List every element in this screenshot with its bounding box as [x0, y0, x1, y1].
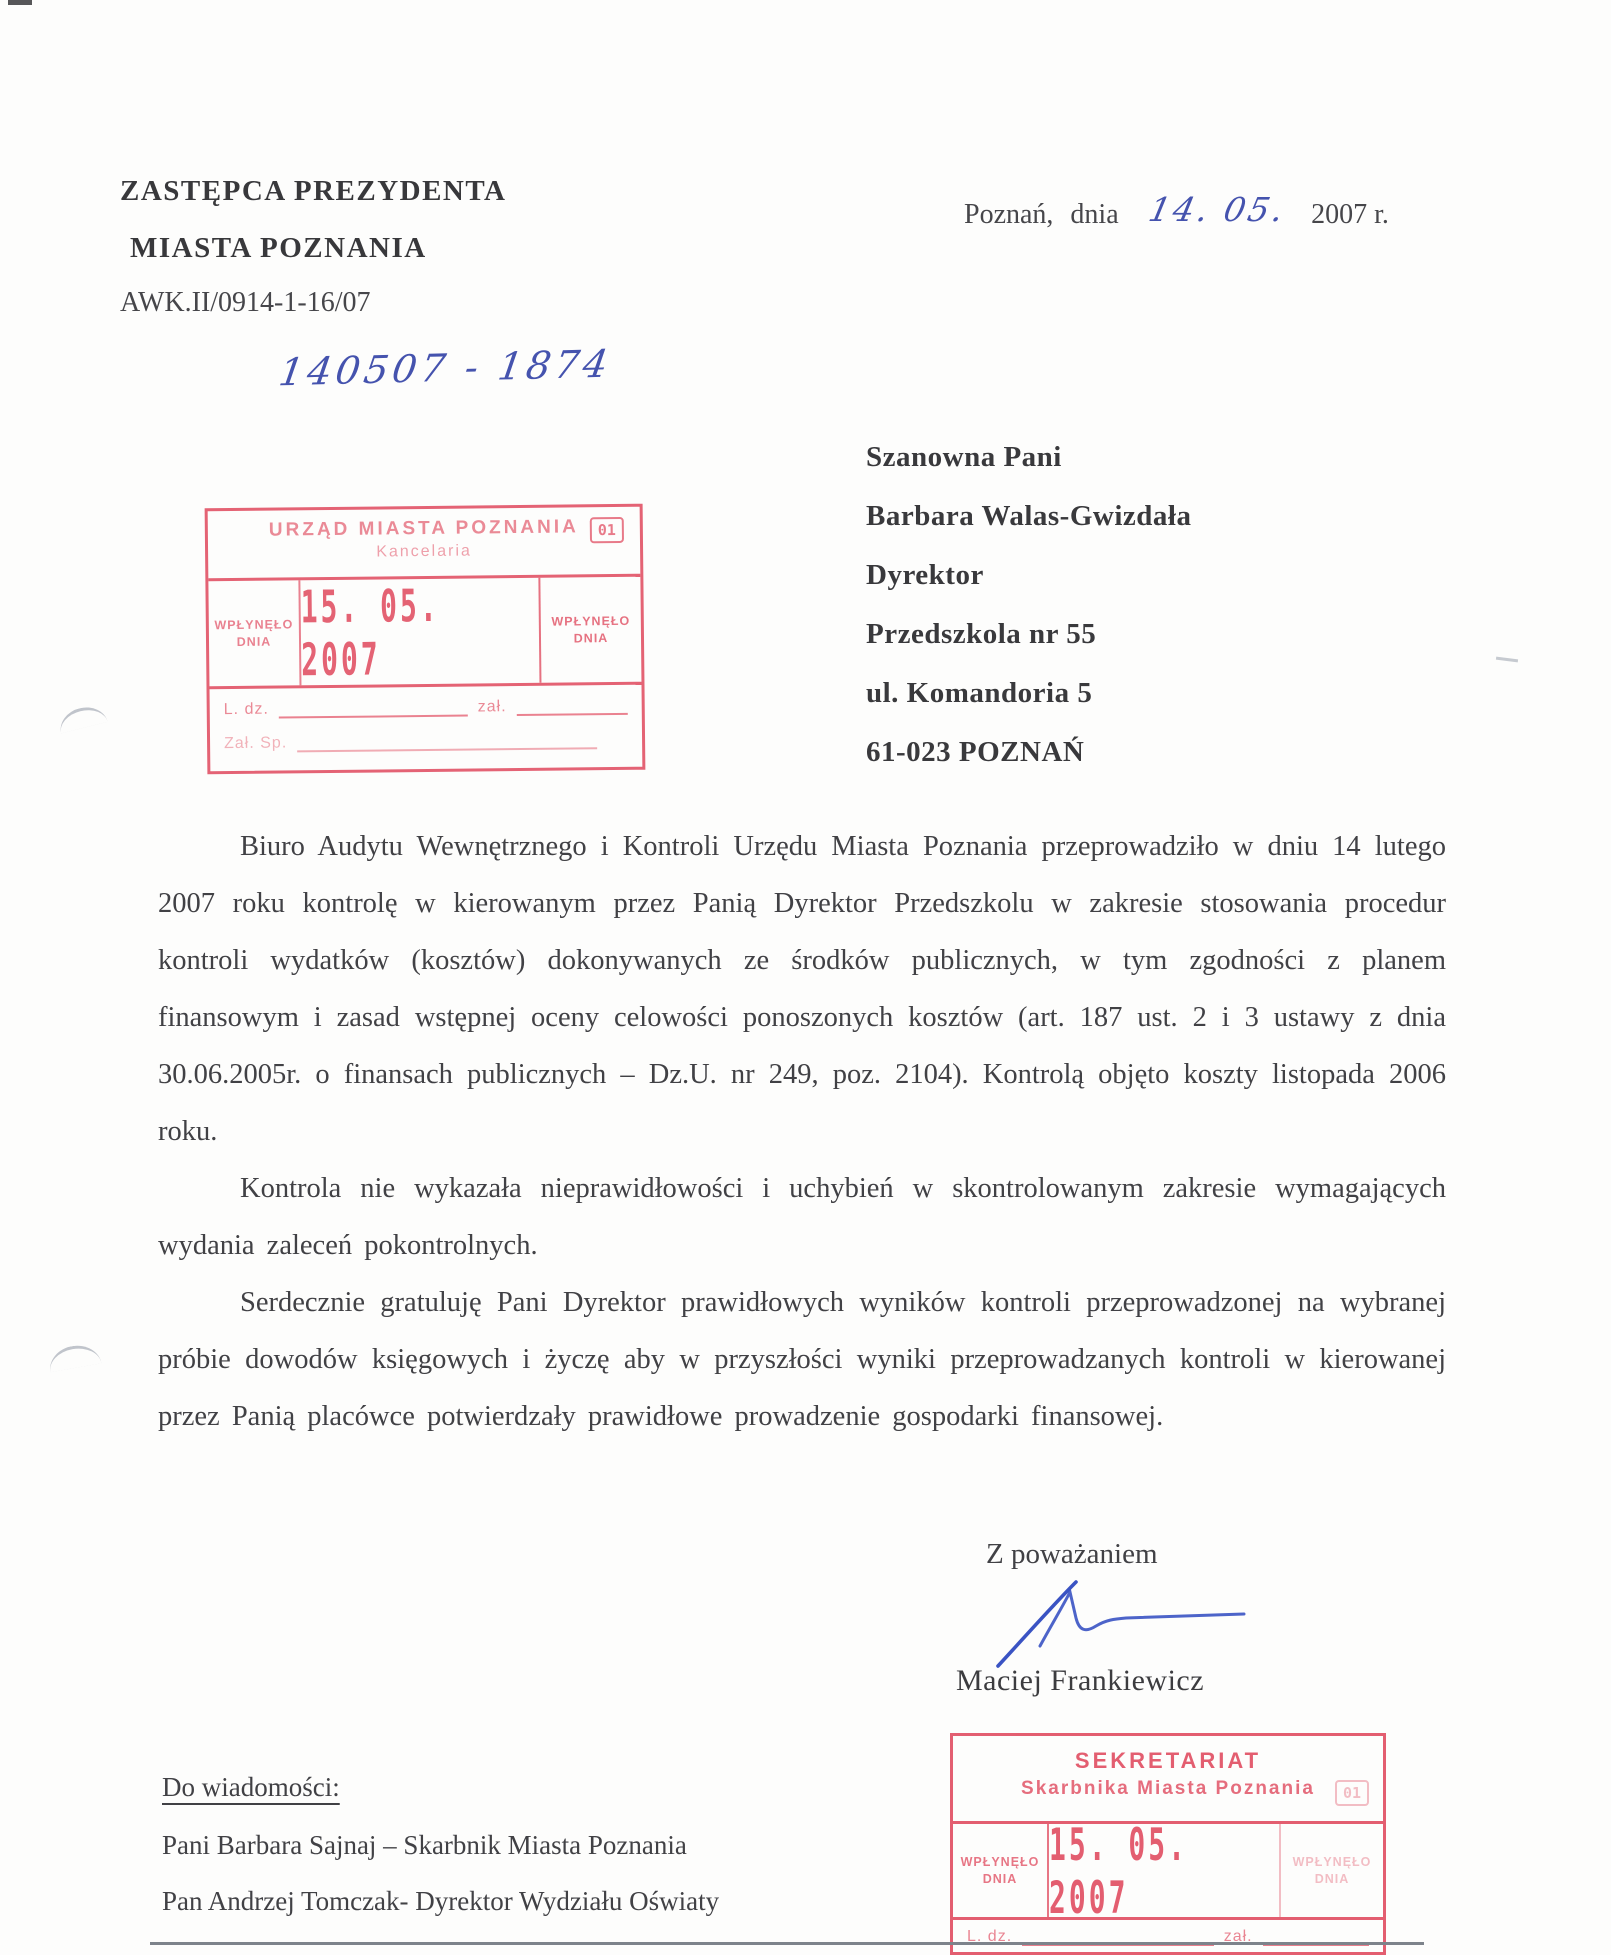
scanned-letter-page: ZASTĘPCA PREZYDENTA MIASTA POZNANIA AWK.… [0, 0, 1611, 1955]
recipient-line: Przedszkola nr 55 [866, 605, 1191, 664]
cc-item: Pan Andrzej Tomczak- Dyrektor Wydziału O… [162, 1886, 719, 1917]
handwritten-signature [988, 1578, 1258, 1675]
stamp-received-label: WPŁYNĘŁO DNIA [1279, 1824, 1383, 1917]
stamp-org-name: SEKRETARIAT [953, 1748, 1383, 1774]
stamp-frame: SEKRETARIAT Skarbnika Miasta Poznania 01… [950, 1733, 1386, 1955]
stamp-date-value: 15. 05. 2007 [300, 546, 540, 716]
signature-stroke [988, 1578, 1258, 1670]
salutation: Z poważaniem [986, 1538, 1158, 1571]
stamp-frame: URZĄD MIASTA POZNANIA Kancelaria 01 WPŁY… [205, 504, 646, 775]
dateline: Poznań, dnia 14. 05. 2007 r. [964, 192, 1389, 231]
letter-body: Biuro Audytu Wewnętrznego i Kontroli Urz… [158, 818, 1446, 1445]
scan-edge-speck [8, 0, 32, 5]
intake-stamp-sekretariat: SEKRETARIAT Skarbnika Miasta Poznania 01… [950, 1733, 1386, 1955]
dateline-year: 2007 r. [1311, 199, 1389, 231]
intake-stamp-kancelaria: URZĄD MIASTA POZNANIA Kancelaria 01 WPŁY… [205, 504, 646, 775]
body-paragraph: Serdecznie gratuluję Pani Dyrektor prawi… [158, 1274, 1446, 1445]
recipient-block: Szanowna Pani Barbara Walas-Gwizdała Dyr… [866, 428, 1191, 782]
stamp-blank-line [279, 713, 468, 719]
stamp-corner-code: 01 [1335, 1780, 1369, 1806]
cc-block: Do wiadomości: Pani Barbara Sajnaj – Ska… [162, 1772, 719, 1917]
cc-item: Pani Barbara Sajnaj – Skarbnik Miasta Po… [162, 1830, 719, 1861]
sender-title-line1: ZASTĘPCA PREZYDENTA [120, 175, 507, 208]
handwritten-registry-number: 140507 - 1874 [276, 342, 615, 395]
stamp-date-row: WPŁYNĘŁO DNIA 15. 05. 2007 WPŁYNĘŁO DNIA [208, 577, 641, 690]
scan-arc-artifact [56, 702, 107, 733]
recipient-line: Dyrektor [866, 546, 1191, 605]
stamp-blank-line [517, 711, 628, 716]
scan-page-edge-line [150, 1942, 1424, 1945]
stamp-row2: Zał. Sp. [224, 731, 628, 753]
sender-block: ZASTĘPCA PREZYDENTA MIASTA POZNANIA AWK.… [120, 175, 507, 319]
dateline-city: Poznań, dnia [964, 199, 1119, 231]
scan-dash-artifact [1496, 657, 1518, 663]
recipient-line: Szanowna Pani [866, 428, 1191, 487]
recipient-line: Barbara Walas-Gwizdała [866, 487, 1191, 546]
handwritten-date: 14. 05. [1145, 190, 1290, 229]
stamp-received-label: WPŁYNĘŁO DNIA [208, 580, 301, 686]
stamp-corner-code: 01 [590, 517, 624, 543]
stamp-org-name: URZĄD MIASTA POZNANIA [208, 516, 640, 543]
stamp-row2-label: Zał. Sp. [224, 734, 287, 753]
stamp-received-label: WPŁYNĘŁO DNIA [538, 577, 641, 683]
body-paragraph: Kontrola nie wykazała nieprawidłowości i… [158, 1160, 1446, 1274]
stamp-zal-label: zał. [478, 698, 507, 716]
signer-name: Maciej Frankiewicz [956, 1664, 1204, 1698]
stamp-date-value: 15. 05. 2007 [1049, 1796, 1279, 1945]
sender-title-line2: MIASTA POZNANIA [130, 232, 507, 265]
recipient-line: 61-023 POZNAŃ [866, 723, 1191, 782]
stamp-ldz-label: L. dz. [224, 701, 269, 719]
scan-arc-artifact [46, 1342, 101, 1373]
cc-label: Do wiadomości: [162, 1772, 719, 1803]
body-paragraph: Biuro Audytu Wewnętrznego i Kontroli Urz… [158, 818, 1446, 1160]
recipient-line: ul. Komandoria 5 [866, 664, 1191, 723]
stamp-received-label: WPŁYNĘŁO DNIA [953, 1824, 1049, 1917]
stamp-blank-line [297, 745, 597, 752]
stamp-date-row: WPŁYNĘŁO DNIA 15. 05. 2007 WPŁYNĘŁO DNIA [953, 1824, 1383, 1920]
reference-number: AWK.II/0914-1-16/07 [120, 287, 507, 319]
